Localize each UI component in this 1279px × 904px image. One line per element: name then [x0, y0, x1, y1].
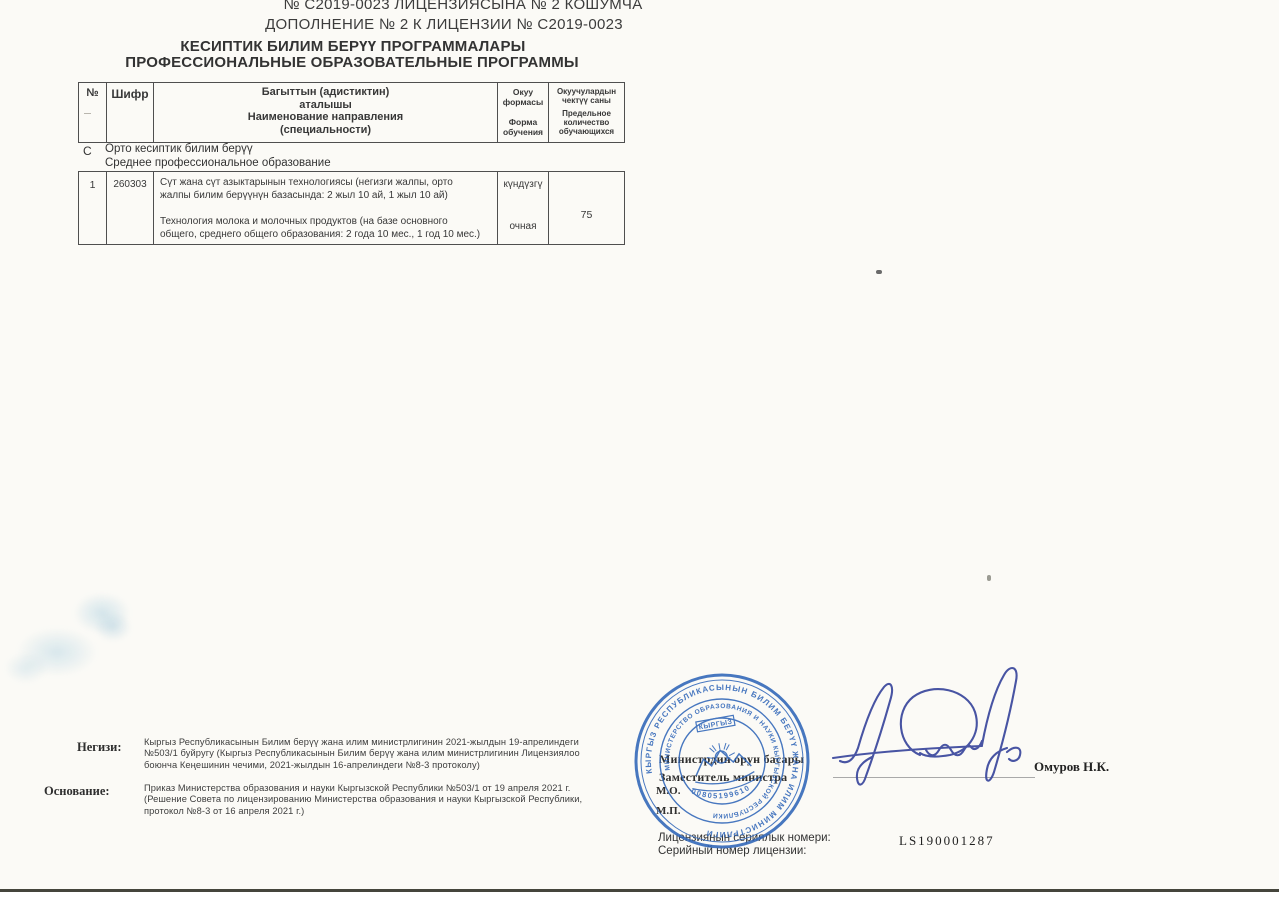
row-form-ky: күндүзгү — [498, 179, 548, 190]
row-speciality-ky: Сүт жана сүт азыктарынын технологиясы (н… — [160, 177, 491, 202]
scan-speck — [987, 575, 991, 581]
scan-edge-line — [0, 889, 1279, 892]
basis-label-ky: Негизи: — [77, 740, 122, 755]
seal-inner-arc-text: МИНИСТЕРСТВО ОБРАЗОВАНИЯ И НАУКИ КЫРГЫЗС… — [655, 694, 790, 828]
doc-subtitle-ky: КЕСИПТИК БИЛИМ БЕРҮҮ ПРОГРАММАЛАРЫ — [180, 38, 525, 55]
row-limit-value: 75 — [549, 209, 624, 221]
svg-text:КЫРГЫЗ РЕСПУБЛИКАСЫНЫН БИЛИМ Б: КЫРГЫЗ РЕСПУБЛИКАСЫНЫН БИЛИМ БЕРҮҮ ЖАНА … — [632, 671, 813, 852]
svg-text:МИНИСТЕРСТВО ОБРАЗОВАНИЯ И НАУ: МИНИСТЕРСТВО ОБРАЗОВАНИЯ И НАУКИ КЫРГЫЗС… — [655, 694, 790, 828]
col-header-code: Шифр — [106, 83, 153, 142]
ministry-seal-stamp: КЫРГЫЗ РЕСПУБЛИКАСЫНЫН БИЛИМ БЕРҮҮ ЖАНА … — [618, 657, 827, 866]
col-header-form-ky: Окуу формасы — [499, 88, 547, 107]
scan-speck — [876, 270, 882, 274]
basis-text-ky: Кыргыз Республикасынын Билим берүү жана … — [144, 737, 580, 771]
handwritten-signature — [830, 660, 1048, 798]
row-speciality-name: Сүт жана сүт азыктарынын технологиясы (н… — [153, 172, 497, 244]
row-speciality-ru: Технология молока и молочных продуктов (… — [160, 216, 491, 241]
table-header: № Шифр Багыттын (адистиктин) аталышы Наи… — [78, 82, 625, 143]
basis-label-ru: Основание: — [44, 784, 110, 799]
doc-title-ru: ДОПОЛНЕНИЕ № 2 К ЛИЦЕНЗИИ № С2019-0023 — [265, 16, 623, 33]
col-header-limit-ky: Окуучулардын чектүү саны — [550, 87, 623, 105]
row-form-ru: очная — [498, 221, 548, 232]
col-header-limit-ru: Предельное количество обучающихся — [550, 109, 623, 136]
table-row: 1 260303 Сүт жана сүт азыктарынын технол… — [78, 171, 625, 245]
row-form-cell: күндүзгү очная — [497, 172, 548, 244]
col-header-limit: Окуучулардын чектүү саны Предельное коли… — [548, 83, 624, 142]
ink-stain — [4, 652, 48, 684]
ink-stain — [94, 612, 132, 642]
section-letter: С — [83, 144, 92, 158]
serial-number-value: LS190001287 — [899, 833, 995, 849]
section-title: Орто кесиптик билим берүү Среднее профес… — [105, 143, 331, 170]
col-header-form: Окуу формасы Форма обучения — [497, 83, 548, 142]
seal-number-text: 00805199610 — [689, 777, 753, 806]
svg-text:00805199610: 00805199610 — [689, 777, 753, 806]
seal-outer-arc-text: КЫРГЫЗ РЕСПУБЛИКАСЫНЫН БИЛИМ БЕРҮҮ ЖАНА … — [632, 671, 813, 852]
scan-artifact-dash — [84, 113, 91, 114]
col-header-form-ru: Форма обучения — [499, 118, 547, 137]
col-header-name: Багыттын (адистиктин) аталышы Наименован… — [153, 83, 497, 142]
basis-text-ru: Приказ Министерства образования и науки … — [144, 783, 582, 817]
row-limit-cell: 75 — [548, 172, 624, 244]
row-code: 260303 — [106, 172, 153, 244]
scanned-license-page: № С2019-0023 ЛИЦЕНЗИЯСЫНА № 2 КОШУМЧА ДО… — [0, 0, 1279, 890]
row-number: 1 — [79, 172, 106, 244]
doc-subtitle-ru: ПРОФЕССИОНАЛЬНЫЕ ОБРАЗОВАТЕЛЬНЫЕ ПРОГРАМ… — [125, 54, 579, 71]
doc-title-ky: № С2019-0023 ЛИЦЕНЗИЯСЫНА № 2 КОШУМЧА — [283, 0, 642, 13]
